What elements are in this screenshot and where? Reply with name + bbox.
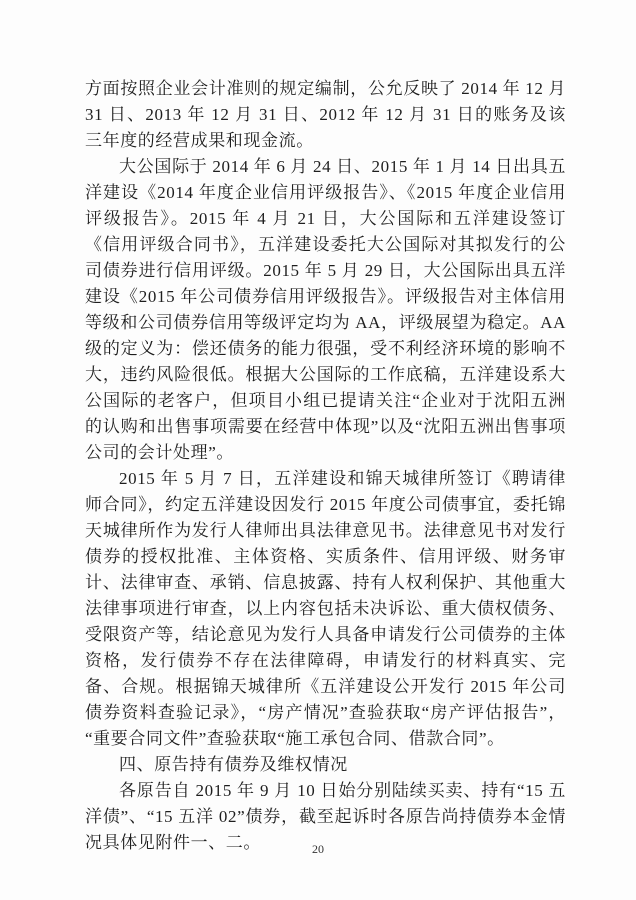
paragraph-audit-conclusion: 方面按照企业会计准则的规定编制，公允反映了 2014 年 12 月 31 日、2…	[85, 76, 566, 154]
section-heading-bondholding: 四、原告持有债券及维权情况	[85, 752, 566, 778]
paragraph-legal-opinion: 2015 年 5 月 7 日，五洋建设和锦天城律所签订《聘请律师合同》，约定五洋…	[85, 466, 566, 752]
document-page: 方面按照企业会计准则的规定编制，公允反映了 2014 年 12 月 31 日、2…	[0, 0, 636, 900]
document-body: 方面按照企业会计准则的规定编制，公允反映了 2014 年 12 月 31 日、2…	[85, 76, 566, 856]
paragraph-credit-rating: 大公国际于 2014 年 6 月 24 日、2015 年 1 月 14 日出具五…	[85, 154, 566, 466]
page-number: 20	[0, 841, 636, 857]
